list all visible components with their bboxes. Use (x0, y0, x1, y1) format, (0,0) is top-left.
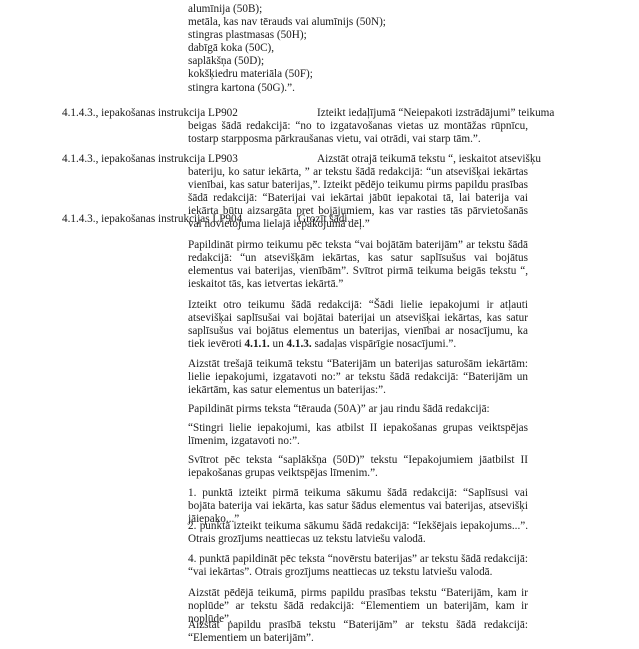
list-item: stingra kartona (50G).”. (188, 82, 386, 95)
entry-reference: 4.1.4.3., iepakošanas instrukcija LP902 (62, 107, 238, 120)
entry-head: 4.1.4.3., iepakošanas instrukcija LP903 … (62, 153, 528, 166)
list-item: dabīgā koka (50C), (188, 42, 386, 55)
paragraph: Izteikt otro teikumu šādā redakcijā: “Šā… (188, 299, 528, 351)
list-item: alumīnija (50B); (188, 3, 386, 16)
list-item: stingras plastmasas (50H); (188, 29, 386, 42)
paragraph: Papildināt pirms teksta “tērauda (50A)” … (188, 403, 528, 416)
paragraph: 2. punktā izteikt teikuma sākumu šādā re… (188, 520, 528, 546)
paragraph: “Stingri lielie iepakojumi, kas atbilst … (188, 422, 528, 448)
paragraph-text: un (270, 338, 287, 350)
section-ref: 4.1.1. (245, 338, 270, 350)
list-item: metāla, kas nav tērauds vai alumīnijs (5… (188, 16, 386, 29)
list-item: saplākšņa (50D); (188, 55, 386, 68)
entry-lp902: 4.1.4.3., iepakošanas instrukcija LP902 … (62, 107, 528, 146)
entry-lead: Aizstāt otrajā teikumā tekstu “, ieskait… (317, 153, 528, 166)
paragraph-text: sadaļas vispārīgie nosacījumi.”. (312, 338, 456, 350)
entry-body: beigas šādā redakcijā: “no to izgatavoša… (188, 120, 528, 146)
entry-reference: 4.1.4.3., iepakošanas instrukcijas LP904 (62, 213, 242, 226)
entry-lp904: 4.1.4.3., iepakošanas instrukcijas LP904… (62, 213, 528, 226)
entry-head: 4.1.4.3., iepakošanas instrukcija LP902 … (62, 107, 528, 120)
paragraph: 4. punktā papildināt pēc teksta “novērst… (188, 553, 528, 579)
entry-head: 4.1.4.3., iepakošanas instrukcijas LP904… (62, 213, 528, 226)
entry-lead: Izteikt iedaļījumā “Neiepakoti izstrādāj… (317, 107, 528, 120)
entry-reference: 4.1.4.3., iepakošanas instrukcija LP903 (62, 153, 238, 166)
section-ref: 4.1.3. (287, 338, 312, 350)
list-item: kokšķiedru materiāla (50F); (188, 68, 386, 81)
materials-list: alumīnija (50B); metāla, kas nav tērauds… (188, 3, 386, 95)
entry-lead: Grozīt šādi. (298, 213, 350, 226)
paragraph: Svītrot pēc teksta “saplākšņa (50D)” tek… (188, 454, 528, 480)
paragraph: Aizstāt trešajā teikumā tekstu “Baterijā… (188, 358, 528, 397)
paragraph: Aizstāt papildu prasībā tekstu “Baterijā… (188, 619, 528, 645)
paragraph: Papildināt pirmo teikumu pēc teksta “vai… (188, 239, 528, 291)
